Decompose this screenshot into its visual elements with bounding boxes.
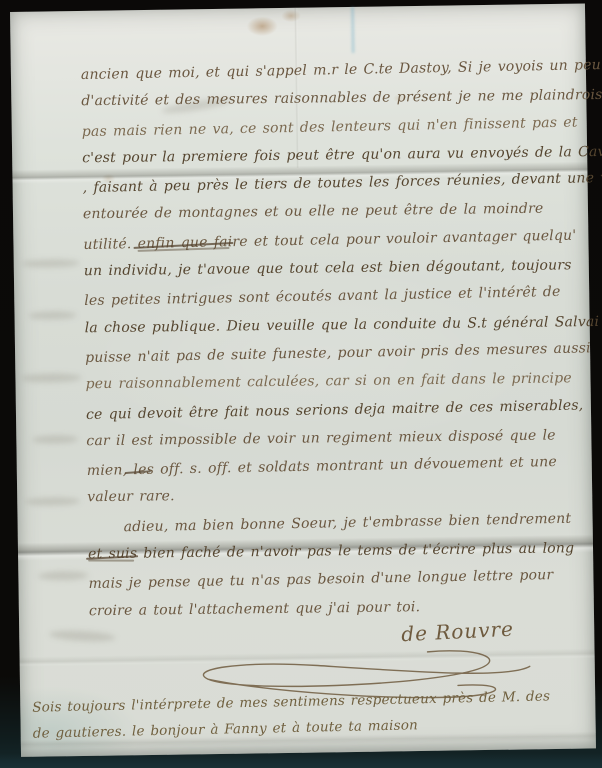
blue-ink-streak (351, 7, 355, 53)
bleed-through-smudge (49, 629, 115, 643)
letter-paper: ancien que moi, et qui s'appel m.r le C.… (10, 3, 596, 756)
bleed-through-smudge (32, 435, 78, 444)
bleed-through-smudge (25, 497, 80, 506)
ink-strike-mark (88, 559, 134, 561)
letter-body: ancien que moi, et qui s'appel m.r le C.… (81, 53, 589, 626)
signature: de Rouvre (401, 617, 515, 647)
bleed-through-smudge (28, 311, 76, 320)
photo-of-letter: { "colors": { "backdrop": "#0b0908", "ba… (0, 0, 602, 768)
letter-line: croire a tout l'attachement que j'ai pou… (89, 591, 589, 625)
postscript: Sois toujours l'intérprete de mes sentim… (32, 683, 593, 746)
bleed-through-smudge (38, 571, 88, 581)
bleed-through-smudge (21, 373, 81, 383)
backdrop-teal-edge (0, 754, 602, 768)
bleed-through-smudge (22, 259, 80, 268)
